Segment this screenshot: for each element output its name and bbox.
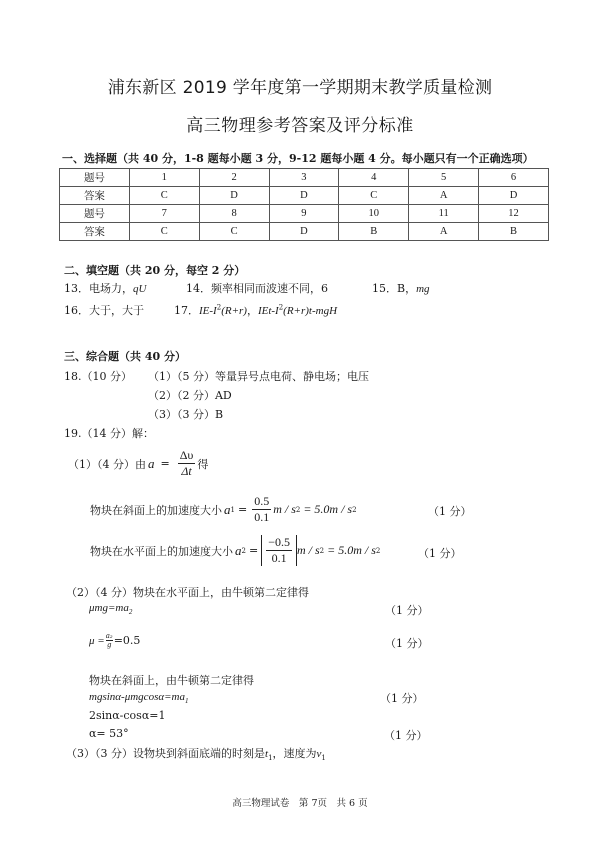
score-label: （1 分） (380, 690, 424, 706)
answer-text: 大于，大于 (89, 304, 144, 317)
equation-text: μmg=ma (89, 602, 129, 614)
question-number: 13． (64, 282, 89, 295)
row-label: 答案 (60, 223, 130, 241)
fraction: −0.5 0.1 (266, 535, 292, 566)
score-label: （1 分） (385, 635, 429, 651)
equation: μ = a₂ g =0.5 (89, 632, 140, 649)
table-cell: C (129, 187, 199, 205)
table-cell: B (339, 223, 409, 241)
q19-part2-intro: （2）（4 分）物块在水平面上，由牛顿第二定律得 (66, 584, 309, 600)
q19-part1-line1: 物块在斜面上的加速度大小 a1 = 0.5 0.1 m / s2 = 5.0m … (90, 494, 357, 525)
page-footer: 高三物理试卷 第 7页 共 6 页 (0, 795, 600, 809)
score-label: （1 分） (384, 727, 428, 743)
question-number: 17． (174, 304, 199, 317)
subscript: 1 (185, 697, 189, 705)
answer-text: 电场力， (89, 282, 133, 295)
answer-13: 13．电场力，qU (64, 280, 146, 296)
table-cell: D (269, 187, 339, 205)
numerator: −0.5 (266, 535, 292, 551)
table-cell: 2 (199, 169, 269, 187)
table-cell: 5 (409, 169, 479, 187)
section1-heading: 一、选择题（共 40 分，1-8 题每小题 3 分，9-12 题每小题 4 分。… (62, 150, 534, 166)
table-cell: B (479, 223, 549, 241)
q18-item-2: （2）（2 分）AD (148, 387, 232, 403)
answer-math: IE-I (199, 305, 217, 317)
unit: m / s (273, 502, 296, 517)
denominator: 0.1 (252, 510, 271, 525)
part-intro: （1）（4 分）由 (68, 456, 146, 472)
row-label: 答案 (60, 187, 130, 205)
separator: ， (247, 304, 258, 317)
denominator: g (107, 641, 111, 649)
answer-math: (R+r) (221, 305, 247, 317)
question-number: 14． (186, 282, 211, 295)
q19-part2-line3: 物块在斜面上，由牛顿第二定律得 (89, 672, 254, 688)
math-var: a (148, 456, 155, 472)
question-number: 15． (372, 282, 397, 295)
table-cell: D (479, 187, 549, 205)
numerator: 0.5 (252, 494, 271, 510)
table-cell: 10 (339, 205, 409, 223)
equals: = (161, 457, 170, 470)
q18-item-1: （1）（5 分）等量异号点电荷、静电场；电压 (148, 368, 369, 384)
q19-part3-intro: （3）（3 分）设物块到斜面底端的时刻是t1，速度为v1 (66, 745, 326, 761)
unit: m / s (297, 543, 320, 558)
math-var: a (235, 543, 242, 559)
table-cell: A (409, 223, 479, 241)
q18-label: 18.（10 分） (64, 368, 132, 384)
q19-part1-intro: （1）（4 分）由 a = Δυ Δt 得 (68, 448, 208, 479)
equation: 2sinα-cosα=1 (89, 709, 165, 722)
answer-15: 15．B，mg (372, 280, 430, 296)
table-cell: C (129, 223, 199, 241)
equation-text: =0.5 (114, 634, 141, 647)
table-cell: C (339, 187, 409, 205)
subscript: 2 (129, 608, 133, 616)
equation: α= 53° (89, 727, 129, 740)
table-cell: D (199, 187, 269, 205)
q19-part1-line2: 物块在水平面上的加速度大小 a2 = −0.5 0.1 m / s2 = 5.0… (90, 535, 380, 566)
fraction: 0.5 0.1 (252, 494, 271, 525)
table-cell: 7 (129, 205, 199, 223)
table-cell: C (199, 223, 269, 241)
score-label: （1 分） (418, 545, 462, 561)
table-row: 题号 1 2 3 4 5 6 (60, 169, 549, 187)
equation: μmg=ma2 (89, 602, 132, 614)
fraction: Δυ Δt (178, 448, 196, 479)
q18-item-3: （3）（3 分）B (148, 406, 223, 422)
q19-label: 19.（14 分）解： (64, 425, 154, 441)
line-text: （3）（3 分）设物块到斜面底端的时刻是 (66, 747, 265, 760)
line-text: 物块在水平面上的加速度大小 (90, 543, 233, 559)
numerator: Δυ (178, 448, 196, 464)
answer-16: 16．大于，大于 (64, 302, 144, 318)
table-cell: 9 (269, 205, 339, 223)
answer-table: 题号 1 2 3 4 5 6 答案 C D D C A D 题号 7 8 9 1… (59, 168, 549, 241)
answer-math: qU (133, 283, 146, 295)
row-label: 题号 (60, 205, 130, 223)
result: = 5.0m / s (303, 502, 352, 517)
table-cell: 6 (479, 169, 549, 187)
answer-14: 14．频率相同而波速不同，6 (186, 280, 328, 296)
document-title: 浦东新区 2019 学年度第一学期期末教学质量检测 (0, 73, 600, 98)
answer-17: 17．IE-I2(R+r)，IEt-I2(R+r)t-mgH (174, 302, 337, 318)
table-cell: 4 (339, 169, 409, 187)
section2-heading: 二、填空题（共 20 分，每空 2 分） (64, 262, 245, 278)
line-text: ，速度为 (273, 747, 317, 760)
table-row: 答案 C D D C A D (60, 187, 549, 205)
answer-math: mg (416, 283, 429, 295)
document-subtitle: 高三物理参考答案及评分标准 (0, 111, 600, 136)
table-row: 题号 7 8 9 10 11 12 (60, 205, 549, 223)
section3-heading: 三、综合题（共 40 分） (64, 348, 186, 364)
answer-math: (R+r)t-mgH (283, 305, 337, 317)
answer-text: B， (397, 282, 416, 295)
answer-text: 频率相同而波速不同，6 (211, 282, 328, 295)
table-cell: 8 (199, 205, 269, 223)
answer-math: IEt-I (258, 305, 279, 317)
equation: mgsinα-μmgcosα=ma1 (89, 691, 189, 703)
denominator: Δt (179, 464, 193, 479)
math-var: a (224, 502, 231, 518)
equation-text: μ = (89, 635, 105, 647)
table-cell: A (409, 187, 479, 205)
part-suffix: 得 (197, 456, 208, 472)
subscript: 1 (321, 754, 325, 762)
result: = 5.0m / s (327, 543, 376, 558)
table-row: 答案 C C D B A B (60, 223, 549, 241)
denominator: 0.1 (270, 551, 289, 566)
score-label: （1 分） (385, 602, 429, 618)
fraction: a₂ g (106, 632, 113, 649)
table-cell: 11 (409, 205, 479, 223)
absolute-value: −0.5 0.1 (261, 535, 297, 566)
equation-text: mgsinα-μmgcosα=ma (89, 691, 185, 703)
table-cell: 12 (479, 205, 549, 223)
numerator: a₂ (106, 632, 113, 641)
table-cell: D (269, 223, 339, 241)
table-cell: 1 (129, 169, 199, 187)
row-label: 题号 (60, 169, 130, 187)
question-number: 16． (64, 304, 89, 317)
table-cell: 3 (269, 169, 339, 187)
line-text: 物块在斜面上的加速度大小 (90, 502, 222, 518)
score-label: （1 分） (428, 503, 472, 519)
